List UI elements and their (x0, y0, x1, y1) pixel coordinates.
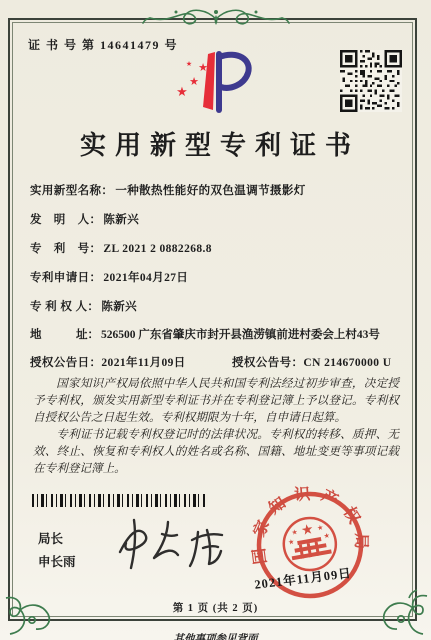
svg-text:★: ★ (287, 538, 295, 547)
field-grant-row: 授权公告日：2021年11月09日 授权公告号：CN 214670000 U (30, 354, 402, 370)
grant-number-value: CN 214670000 U (303, 357, 391, 369)
director-title: 局长 (38, 528, 76, 551)
field-label: 专 利 权 人： (30, 301, 99, 313)
director-name: 申长雨 (38, 551, 76, 574)
svg-text:★: ★ (291, 528, 299, 537)
svg-text:★: ★ (198, 62, 208, 74)
field-value: 陈新兴 (101, 301, 137, 313)
field-patent-number: 专 利 号：ZL 2021 2 0882268.8 (30, 240, 402, 256)
field-address: 地 址：526500 广东省肇庆市封开县渔涝镇前进村委会上村43号 (30, 326, 402, 342)
certificate-number: 证 书 号 第 14641479 号 (28, 36, 178, 53)
field-patentee: 专 利 权 人：陈新兴 (30, 298, 402, 314)
logo-blue-p (219, 55, 249, 88)
director-signature (104, 510, 234, 574)
svg-text:★: ★ (186, 60, 192, 68)
grant-date-label: 授权公告日： (30, 357, 101, 369)
field-value: 2021年04月27日 (103, 272, 188, 284)
svg-text:★: ★ (208, 55, 213, 62)
svg-text:★: ★ (323, 531, 331, 540)
field-value: 526500 广东省肇庆市封开县渔涝镇前进村委会上村43号 (101, 329, 380, 341)
field-value: 陈新兴 (103, 214, 139, 226)
svg-text:★: ★ (176, 84, 188, 99)
qr-code (340, 50, 402, 112)
svg-text:★: ★ (300, 522, 315, 539)
field-label: 实用新型名称： (30, 185, 113, 197)
svg-text:★: ★ (316, 523, 324, 532)
field-filing-date: 专利申请日：2021年04月27日 (30, 269, 402, 285)
field-label: 专 利 号： (30, 243, 101, 255)
patent-certificate-page: 证 书 号 第 14641479 号 ★ ★ ★ ★ ★ 实用新型专利证书 实用… (0, 0, 431, 640)
see-back-note: 其他事项参见背面 (0, 631, 431, 640)
director-block: 局长 申长雨 (38, 528, 76, 574)
legal-paragraph-1: 国家知识产权局依照中华人民共和国专利法经过初步审查，决定授予专利权，颁发实用新型… (33, 376, 399, 427)
legal-text-block: 国家知识产权局依照中华人民共和国专利法经过初步审查，决定授予专利权，颁发实用新型… (33, 376, 399, 477)
barcode (32, 494, 208, 507)
page-number: 第 1 页 (共 2 页) (0, 600, 431, 615)
field-utility-model-name: 实用新型名称：一种散热性能好的双色温调节摄影灯 (30, 182, 402, 198)
field-inventor: 发 明 人：陈新兴 (30, 211, 402, 227)
svg-text:★: ★ (189, 76, 199, 88)
top-flourish-ornament (140, 5, 292, 33)
field-value: 一种散热性能好的双色温调节摄影灯 (115, 185, 305, 197)
field-label: 地 址： (30, 329, 99, 341)
grant-date-value: 2021年11月09日 (101, 357, 185, 369)
field-label: 专利申请日： (30, 272, 101, 284)
field-label: 发 明 人： (30, 214, 101, 226)
certificate-title: 实用新型专利证书 (0, 125, 431, 162)
field-value: ZL 2021 2 0882268.8 (103, 243, 212, 255)
grant-number-label: 授权公告号： (232, 357, 303, 369)
cnipa-logo: ★ ★ ★ ★ ★ (168, 50, 260, 122)
grant-number: 授权公告号：CN 214670000 U (232, 354, 391, 370)
